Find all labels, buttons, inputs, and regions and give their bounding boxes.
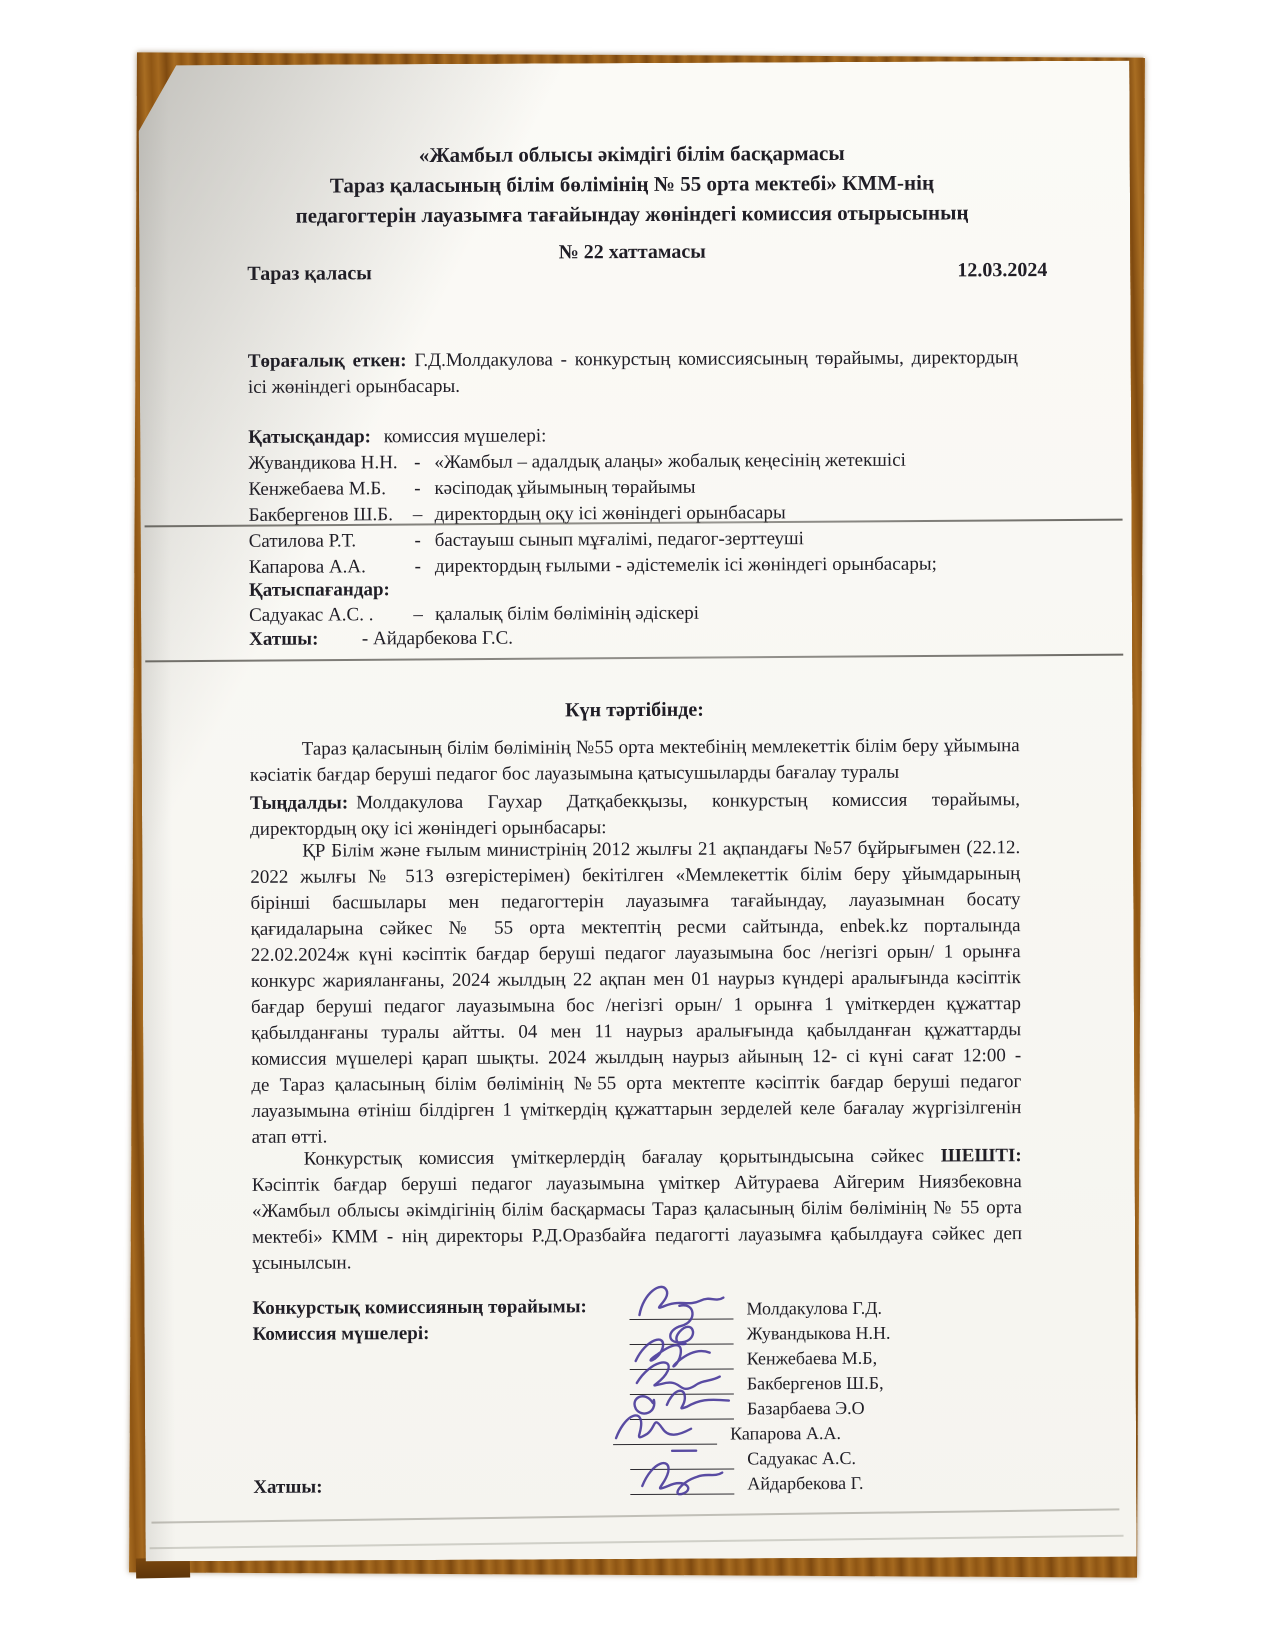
decision-intro-bold: ШЕШТІ: [941, 1145, 1022, 1166]
body-line: конкурс жарияланғаны, 2024 жылдың 22 ақп… [251, 965, 1021, 995]
secretary-label: Хатшы: [249, 626, 357, 653]
agenda-line1: Тараз қаласының білім бөлімінің №55 орта… [250, 733, 1020, 763]
decision-line: Кәсіптік бағдар беруші педагог лауазымын… [252, 1169, 1022, 1199]
agenda-text: Тараз қаласының білім бөлімінің №55 орта… [250, 733, 1020, 789]
agenda-title: Күн тәртібінде: [249, 697, 1019, 724]
decision-line: ұсынылсын. [252, 1247, 1022, 1277]
attendee-row: Жувандикова Н.Н. - «Жамбыл – адалдық ала… [248, 447, 1018, 477]
signature-line [630, 1469, 734, 1496]
body-line: қағидаларына сәйкес № 55 орта мектептің … [251, 913, 1021, 943]
absent-name: Садуакас А.С. . [249, 602, 401, 629]
attendee-dash: - [400, 450, 434, 476]
header-line-3: педагогтерін лауазымға тағайындау жөнінд… [247, 197, 1017, 231]
agenda-line2: кәсіатік бағдар беруші педагог бос лауаз… [250, 759, 1020, 789]
body-line: лауазымына өтініш білдірген 1 үміткердің… [251, 1095, 1021, 1125]
attendee-role: кәсіподақ ұйымының төрайымы [434, 473, 1018, 502]
handwritten-signature-icon [622, 1451, 748, 1500]
signer-name: Бакбергенов Ш.Б, [747, 1372, 884, 1395]
body-line: 22.02.2024ж күні кәсіптік бағдар беруші … [251, 939, 1021, 969]
attendee-row: Сатилова Р.Т. - бастауыш сынып мұғалімі,… [249, 525, 1019, 555]
document-paper: «Жамбыл облысы әкімдігі білім басқармасы… [138, 61, 1136, 1562]
body-line: 2022 жылғы № 513 өзгерістерімен) бекітіл… [250, 861, 1020, 891]
scanned-protocol-page: «Жамбыл облысы әкімдігі білім басқармасы… [0, 0, 1275, 1650]
body-line: ҚР Білім және ғылым министрінің 2012 жыл… [250, 835, 1020, 865]
attendee-role: бастауыш сынып мұғалімі, педагог-зерттеу… [435, 525, 1019, 554]
attendees-label: Қатысқандар: [248, 426, 371, 448]
signer-name: Кенжебаева М.Б, [747, 1347, 877, 1370]
signer-name: Молдакулова Г.Д. [746, 1297, 882, 1320]
body-paragraph: ҚР Білім және ғылым министрінің 2012 жыл… [250, 835, 1022, 1151]
attendee-role: «Жамбыл – адалдық алаңы» жобалық кеңесін… [434, 447, 1018, 476]
body-line: комиссия мүшелері қарап шықты. 2024 жылд… [251, 1043, 1021, 1073]
body-line: де Тараз қаласының білім бөлімінің №55 о… [251, 1069, 1021, 1099]
attendee-dash: - [400, 476, 434, 502]
decision-line: «Жамбыл облысы әкімдігінің білім басқарм… [252, 1195, 1022, 1225]
attendees-sublabel: комиссия мүшелері: [384, 425, 547, 447]
attendee-name: Сатилова Р.Т. [249, 528, 401, 555]
chair-text-line2: ісі жөніндегі орынбасары. [248, 371, 1018, 401]
header-line-1: «Жамбыл облысы әкімдігі білім басқармасы [247, 137, 1017, 171]
signer-name: Садуакас А.С. [747, 1447, 856, 1470]
body-line: бірінші басшылары мен педагогтерін лауаз… [250, 887, 1020, 917]
document-header: «Жамбыл облысы әкімдігі білім басқармасы… [247, 137, 1017, 231]
underlying-sheet-edge [151, 1508, 1119, 1523]
attendees-list: Жувандикова Н.Н. - «Жамбыл – адалдық ала… [248, 447, 1019, 581]
chairperson-section: Төрағалық еткен:Г.Д.Молдакулова - конкур… [248, 345, 1018, 401]
attendees-label-row: Қатысқандар: комиссия мүшелері: [248, 421, 1018, 451]
fold-line-bottom [145, 654, 1123, 663]
heard-section: Тыңдалды:Молдакулова Гаухар Датқабекқызы… [250, 787, 1020, 843]
signer-name: Айдарбекова Г. [747, 1472, 863, 1495]
attendee-dash: - [401, 528, 435, 554]
chair-label: Төрағалық еткен: [248, 350, 407, 372]
secretary-name: - Айдарбекова Г.С. [362, 628, 513, 650]
decision-intro: Конкурстық комиссия үміткерлердің бағала… [252, 1143, 1022, 1173]
decision-line: мектебі» КММ - нің директоры Р.Д.Оразбай… [252, 1221, 1022, 1251]
body-line: қабылданғаны туралы айтты. 04 мен 11 нау… [251, 1017, 1021, 1047]
header-line-2: Тараз қаласының білім бөлімінің № 55 орт… [247, 167, 1017, 201]
attendee-row: Кенжебаева М.Б. - кәсіподақ ұйымының төр… [248, 473, 1018, 503]
decision-paragraph: Кәсіптік бағдар беруші педагог лауазымын… [252, 1169, 1022, 1277]
heard-label: Тыңдалды: [250, 792, 348, 813]
decision-intro-text: Конкурстық комиссия үміткерлердің бағала… [304, 1146, 924, 1170]
protocol-date: 12.03.2024 [957, 259, 1047, 282]
body-line: бағдар беруші педагог лауазымына бос /не… [251, 991, 1021, 1021]
underlying-sheet-edge-2 [150, 1535, 1124, 1549]
signer-name: Жувандыкова Н.Н. [747, 1322, 891, 1345]
absent-dash: – [401, 602, 435, 628]
secretary-row: Хатшы: - Айдарбекова Г.С. [249, 623, 1019, 653]
heard-line1: Молдакулова Гаухар Датқабекқызы, конкурс… [356, 789, 1020, 813]
attendee-name: Жувандикова Н.Н. [248, 450, 400, 477]
city-date-row: Тараз қаласы 12.03.2024 [247, 259, 1047, 286]
attendee-name: Кенжебаева М.Б. [248, 476, 400, 503]
signature-list: Молдакулова Г.Д. Жувандыкова Н.Н. Кенжеб… [252, 1293, 1033, 1497]
city-label: Тараз қаласы [247, 262, 372, 286]
signer-name: Базарбаева Э.О [747, 1397, 865, 1420]
signature-row: Айдарбекова Г. [630, 1468, 1033, 1495]
